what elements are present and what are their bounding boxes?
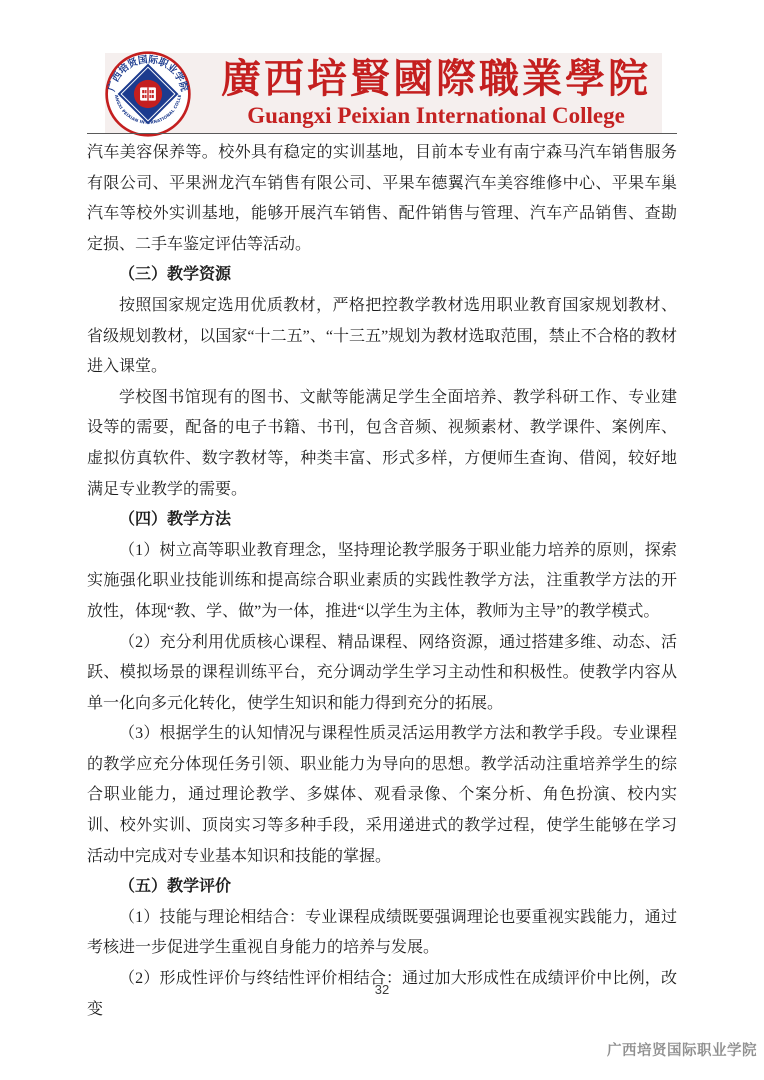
header-divider (87, 133, 677, 134)
page-number: 32 (0, 982, 764, 997)
document-page: 广西培贤国际职业学院 GUANGXI PEIXIAN INTERNATIONAL… (0, 0, 764, 1080)
paragraph: 汽车美容保养等。校外具有稳定的实训基地，目前本专业有南宁森马汽车销售服务有限公司… (87, 138, 677, 260)
college-name-english: Guangxi Peixian International College (206, 103, 666, 129)
section-heading: （五）教学评价 (87, 872, 677, 903)
section-heading: （三）教学资源 (87, 260, 677, 291)
paragraph: 按照国家规定选用优质教材，严格把控教学教材选用职业教育国家规划教材、省级规划教材… (87, 291, 677, 383)
paragraph: （1）技能与理论相结合：专业课程成绩既要强调理论也要重视实践能力，通过考核进一步… (87, 903, 677, 964)
paragraph: （3）根据学生的认知情况与课程性质灵活运用教学方法和教学手段。专业课程的教学应充… (87, 719, 677, 872)
section-heading: （四）教学方法 (87, 505, 677, 536)
paragraph: （1）树立高等职业教育理念，坚持理论教学服务于职业能力培养的原则，探索实施强化职… (87, 536, 677, 628)
watermark-text: 广西培贤国际职业学院 (607, 1039, 757, 1060)
college-name-chinese: 廣西培賢國際職業學院 (206, 54, 666, 104)
college-logo-icon: 广西培贤国际职业学院 GUANGXI PEIXIAN INTERNATIONAL… (104, 50, 192, 138)
document-body: 汽车美容保养等。校外具有稳定的实训基地，目前本专业有南宁森马汽车销售服务有限公司… (87, 138, 677, 1025)
paragraph: （2）充分利用优质核心课程、精品课程、网络资源，通过搭建多维、动态、活跃、模拟场… (87, 628, 677, 720)
paragraph: 学校图书馆现有的图书、文献等能满足学生全面培养、教学科研工作、专业建设等的需要，… (87, 383, 677, 505)
